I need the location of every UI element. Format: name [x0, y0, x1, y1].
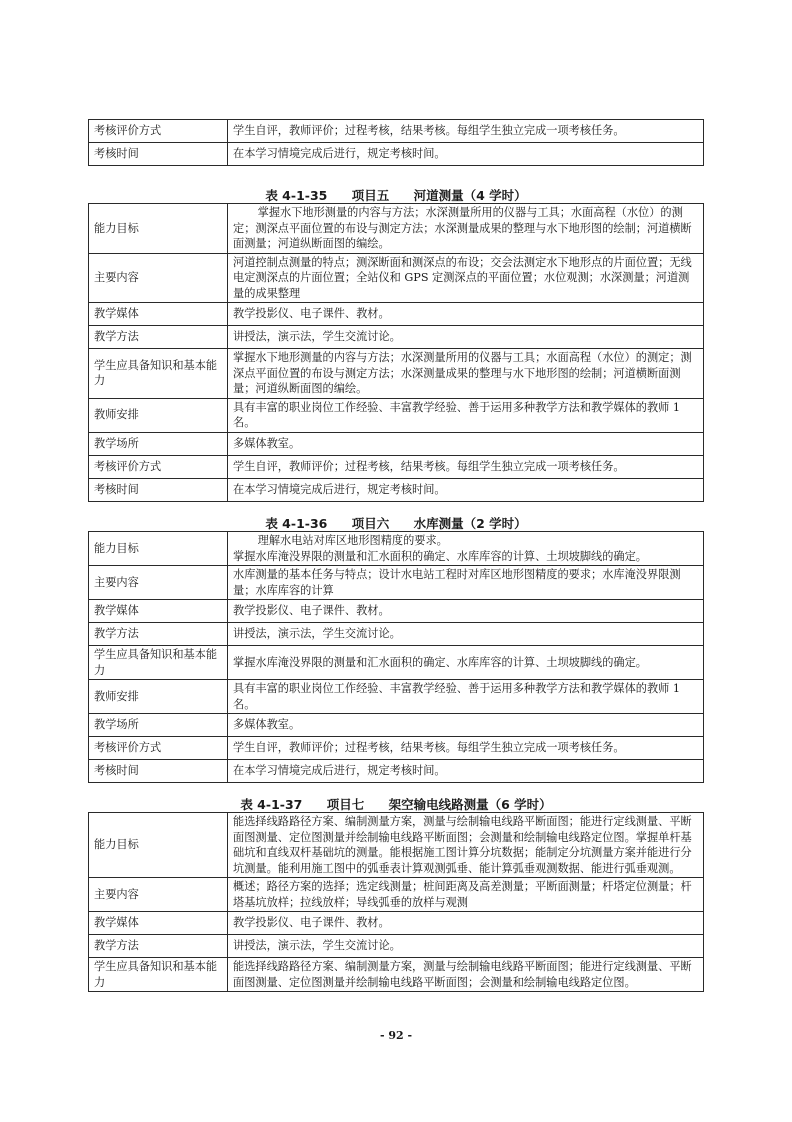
table-row: 考核时间在本学习情境完成后进行，规定考核时间。 — [89, 760, 704, 783]
row-label: 考核评价方式 — [89, 455, 228, 478]
table-row: 主要内容概述；路径方案的选择；选定线测量；桩间距离及高差测量；平断面测量；杆塔定… — [89, 878, 704, 912]
table-36: 能力目标理解水电站对库区地形图精度的要求。掌握水库淹没界限的测量和汇水面积的确定… — [88, 531, 704, 783]
row-label: 考核评价方式 — [89, 120, 228, 143]
row-value: 多媒体教室。 — [228, 432, 704, 455]
table-row: 教师安排具有丰富的职业岗位工作经验、丰富教学经验、善于运用多种教学方法和教学媒体… — [89, 398, 704, 432]
table-row: 教学方法讲授法，演示法，学生交流讨论。 — [89, 935, 704, 958]
row-label: 教师安排 — [89, 680, 228, 714]
table-row: 教学场所多媒体教室。 — [89, 432, 704, 455]
project-name: 项目六 — [352, 516, 390, 531]
table-row: 考核评价方式学生自评，教师评价；过程考核，结果考核。每组学生独立完成一项考核任务… — [89, 737, 704, 760]
row-label: 教学方法 — [89, 623, 228, 646]
row-value: 概述；路径方案的选择；选定线测量；桩间距离及高差测量；平断面测量；杆塔定位测量；… — [228, 878, 704, 912]
row-value: 具有丰富的职业岗位工作经验、丰富教学经验、善于运用多种教学方法和教学媒体的教师 … — [228, 398, 704, 432]
row-value: 学生自评，教师评价；过程考核，结果考核。每组学生独立完成一项考核任务。 — [228, 120, 704, 143]
table-row: 教学方法讲授法，演示法，学生交流讨论。 — [89, 326, 704, 349]
table-row: 主要内容河道控制点测量的特点；测深断面和测深点的布设；交会法测定水下地形点的片面… — [89, 253, 704, 303]
row-value: 在本学习情境完成后进行，规定考核时间。 — [228, 478, 704, 501]
row-label: 教学方法 — [89, 326, 228, 349]
row-label: 考核时间 — [89, 143, 228, 166]
table-row: 学生应具备知识和基本能力能选择线路路径方案、编制测量方案，测量与绘制输电线路平断… — [89, 958, 704, 992]
row-label: 学生应具备知识和基本能力 — [89, 958, 228, 992]
row-label: 考核评价方式 — [89, 737, 228, 760]
table-row: 教学场所多媒体教室。 — [89, 714, 704, 737]
table-number: 表 4-1-36 — [265, 516, 327, 531]
row-label: 教学媒体 — [89, 912, 228, 935]
row-label: 能力目标 — [89, 532, 228, 566]
row-value: 教学投影仪、电子课件、教材。 — [228, 912, 704, 935]
top-table-continuation: 考核评价方式 学生自评，教师评价；过程考核，结果考核。每组学生独立完成一项考核任… — [88, 119, 704, 166]
row-label: 能力目标 — [89, 204, 228, 254]
row-value: 学生自评，教师评价；过程考核，结果考核。每组学生独立完成一项考核任务。 — [228, 737, 704, 760]
row-value: 河道控制点测量的特点；测深断面和测深点的布设；交会法测定水下地形点的片面位置；无… — [228, 253, 704, 303]
page-number: - 92 - — [0, 1029, 792, 1042]
row-label: 学生应具备知识和基本能力 — [89, 646, 228, 680]
table-row: 教学媒体教学投影仪、电子课件、教材。 — [89, 600, 704, 623]
table-number: 表 4-1-35 — [265, 188, 327, 203]
row-value: 多媒体教室。 — [228, 714, 704, 737]
row-value-line: 理解水电站对库区地形图精度的要求。 — [233, 533, 698, 549]
row-value: 教学投影仪、电子课件、教材。 — [228, 303, 704, 326]
table-36-caption: 表 4-1-36 项目六 水库测量（2 学时） — [88, 514, 704, 532]
table-row: 能力目标掌握水下地形测量的内容与方法；水深测量所用的仪器与工具；水面高程（水位）… — [89, 204, 704, 254]
row-value: 能选择线路路径方案、编制测量方案，测量与绘制输电线路平断面图；能进行定线测量、平… — [228, 958, 704, 992]
table-row: 能力目标理解水电站对库区地形图精度的要求。掌握水库淹没界限的测量和汇水面积的确定… — [89, 532, 704, 566]
table-row: 能力目标能选择线路路径方案、编制测量方案，测量与绘制输电线路平断面图；能进行定线… — [89, 813, 704, 878]
row-label: 教学方法 — [89, 935, 228, 958]
table-37-caption: 表 4-1-37 项目七 架空输电线路测量（6 学时） — [88, 795, 704, 813]
row-label: 教学媒体 — [89, 303, 228, 326]
row-value: 水库测量的基本任务与特点；设计水电站工程时对库区地形图精度的要求；水库淹没界限测… — [228, 566, 704, 600]
row-value: 在本学习情境完成后进行，规定考核时间。 — [228, 143, 704, 166]
project-name: 项目五 — [352, 188, 390, 203]
row-value: 讲授法，演示法，学生交流讨论。 — [228, 623, 704, 646]
table-row: 考核评价方式 学生自评，教师评价；过程考核，结果考核。每组学生独立完成一项考核任… — [89, 120, 704, 143]
row-value: 讲授法，演示法，学生交流讨论。 — [228, 326, 704, 349]
row-label: 教学场所 — [89, 714, 228, 737]
row-label: 考核时间 — [89, 478, 228, 501]
row-value: 具有丰富的职业岗位工作经验、丰富教学经验、善于运用多种教学方法和教学媒体的教师 … — [228, 680, 704, 714]
row-value: 讲授法，演示法，学生交流讨论。 — [228, 935, 704, 958]
row-label: 能力目标 — [89, 813, 228, 878]
row-value: 能选择线路路径方案、编制测量方案，测量与绘制输电线路平断面图；能进行定线测量、平… — [228, 813, 704, 878]
row-value: 掌握水下地形测量的内容与方法；水深测量所用的仪器与工具；水面高程（水位）的测定；… — [228, 349, 704, 399]
table-row: 学生应具备知识和基本能力掌握水下地形测量的内容与方法；水深测量所用的仪器与工具；… — [89, 349, 704, 399]
table-row: 学生应具备知识和基本能力掌握水库淹没界限的测量和汇水面积的确定、水库库容的计算、… — [89, 646, 704, 680]
row-label: 主要内容 — [89, 878, 228, 912]
table-row: 考核时间 在本学习情境完成后进行，规定考核时间。 — [89, 143, 704, 166]
table-row: 教师安排具有丰富的职业岗位工作经验、丰富教学经验、善于运用多种教学方法和教学媒体… — [89, 680, 704, 714]
table-row: 教学方法讲授法，演示法，学生交流讨论。 — [89, 623, 704, 646]
row-value-line: 掌握水库淹没界限的测量和汇水面积的确定、水库库容的计算、土坝坡脚线的确定。 — [233, 549, 698, 565]
row-label: 主要内容 — [89, 566, 228, 600]
row-value: 教学投影仪、电子课件、教材。 — [228, 600, 704, 623]
table-row: 教学媒体教学投影仪、电子课件、教材。 — [89, 912, 704, 935]
row-label: 教学媒体 — [89, 600, 228, 623]
table-37: 能力目标能选择线路路径方案、编制测量方案，测量与绘制输电线路平断面图；能进行定线… — [88, 812, 704, 992]
row-value: 学生自评，教师评价；过程考核，结果考核。每组学生独立完成一项考核任务。 — [228, 455, 704, 478]
table-title: 架空输电线路测量（6 学时） — [389, 797, 552, 812]
row-label: 教学场所 — [89, 432, 228, 455]
table-title: 河道测量（4 学时） — [414, 188, 527, 203]
table-row: 教学媒体教学投影仪、电子课件、教材。 — [89, 303, 704, 326]
project-name: 项目七 — [327, 797, 365, 812]
row-label: 学生应具备知识和基本能力 — [89, 349, 228, 399]
row-label: 考核时间 — [89, 760, 228, 783]
table-title: 水库测量（2 学时） — [414, 516, 527, 531]
row-value: 在本学习情境完成后进行，规定考核时间。 — [228, 760, 704, 783]
table-row: 主要内容水库测量的基本任务与特点；设计水电站工程时对库区地形图精度的要求；水库淹… — [89, 566, 704, 600]
table-35: 能力目标掌握水下地形测量的内容与方法；水深测量所用的仪器与工具；水面高程（水位）… — [88, 203, 704, 502]
row-value: 掌握水库淹没界限的测量和汇水面积的确定、水库库容的计算、土坝坡脚线的确定。 — [228, 646, 704, 680]
row-label: 主要内容 — [89, 253, 228, 303]
row-label: 教师安排 — [89, 398, 228, 432]
table-row: 考核评价方式学生自评，教师评价；过程考核，结果考核。每组学生独立完成一项考核任务… — [89, 455, 704, 478]
table-row: 考核时间在本学习情境完成后进行，规定考核时间。 — [89, 478, 704, 501]
table-35-caption: 表 4-1-35 项目五 河道测量（4 学时） — [88, 186, 704, 204]
row-value: 掌握水下地形测量的内容与方法；水深测量所用的仪器与工具；水面高程（水位）的测定；… — [228, 204, 704, 254]
table-number: 表 4-1-37 — [240, 797, 302, 812]
